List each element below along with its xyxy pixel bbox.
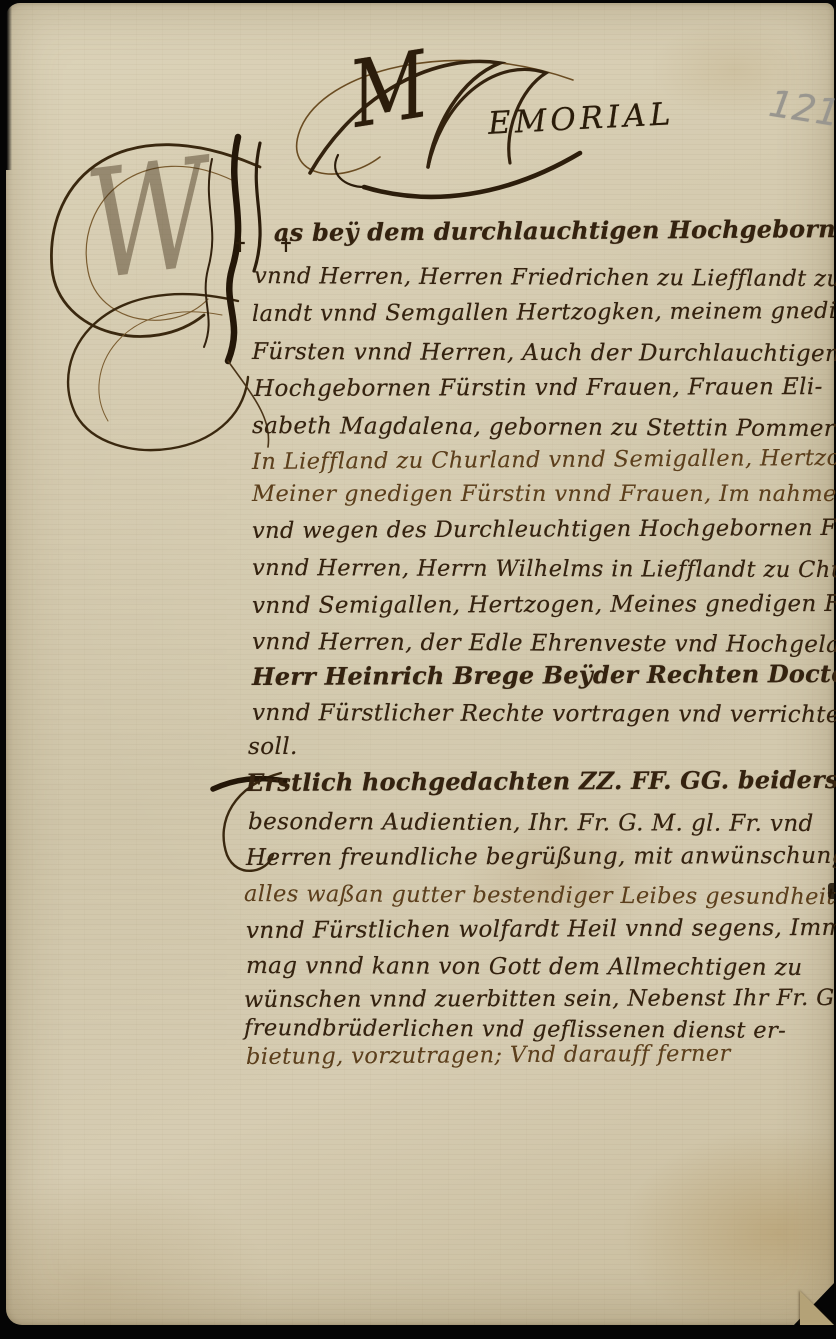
manuscript-line: vnnd Herren, der Edle Ehrenveste vnd Hoc…: [252, 629, 836, 659]
manuscript-line: vnnd Fürstlichen wolfardt Heil vnnd sege…: [246, 915, 836, 945]
manuscript-line: besondern Audientien, Ihr. Fr. G. M. gl.…: [248, 809, 814, 837]
manuscript-line: alles waßan gutter bestendiger Leibes ge…: [244, 882, 836, 911]
manuscript-line: Hochgebornen Fürstin vnd Frauen, Frauen …: [254, 374, 823, 402]
edge-damage-notch: [828, 883, 834, 899]
manuscript-line: vnnd Herren, Herrn Wilhelms in Lieffland…: [252, 556, 836, 584]
manuscript-line: Herren freundliche begrüßung, mit anwüns…: [246, 843, 836, 872]
manuscript-line: Herr Heinrich Brege Beÿder Rechten Docto…: [252, 660, 836, 691]
manuscript-line: Fürsten vnnd Herren, Auch der Durchlauch…: [252, 339, 836, 367]
manuscript-line: Erstlich hochgedachten ZZ. FF. GG. beide…: [246, 765, 836, 796]
manuscript-line: vnd wegen des Durchleuchtigen Hochgeborn…: [252, 516, 836, 545]
manuscript-line: sabeth Magdalena, gebornen zu Stettin Po…: [252, 413, 836, 443]
manuscript-line: mag vnnd kann von Gott dem Allmechtigen …: [246, 953, 803, 981]
manuscript-line: bietung, vorzutragen; Vnd darauff ferner: [246, 1042, 731, 1071]
manuscript-line: landt vnnd Semgallen Hertzogken, meinem …: [252, 299, 836, 328]
manuscript-line: Meiner gnedigen Fürstin vnnd Frauen, Im …: [252, 482, 836, 508]
ragged-bottom-edge: [0, 1309, 836, 1339]
manuscript-page: M EMORIAL 121 W ✝ ✝ as beÿ dem durchlauc…: [6, 3, 834, 1325]
manuscript-line: as beÿ dem durchlauchtigen Hochgebornen …: [274, 214, 836, 247]
manuscript-line: In Lieffland zu Churland vnnd Semigallen…: [252, 446, 836, 476]
photograph-background: M EMORIAL 121 W ✝ ✝ as beÿ dem durchlauc…: [0, 0, 836, 1339]
manuscript-line: wünschen vnnd zuerbitten sein, Nebenst I…: [244, 986, 836, 1014]
corner-fold: [800, 1291, 834, 1325]
binding-edge-gap: [0, 0, 12, 170]
manuscript-line: vnnd Fürstlicher Rechte vortragen vnd ve…: [252, 700, 836, 729]
manuscript-text-block: as beÿ dem durchlauchtigen Hochgebornen …: [6, 3, 834, 1325]
manuscript-line: vnnd Herren, Herren Friedrichen zu Lieff…: [254, 264, 836, 293]
manuscript-line: soll.: [248, 734, 298, 760]
manuscript-line: vnnd Semigallen, Hertzogen, Meines gnedi…: [252, 591, 836, 620]
